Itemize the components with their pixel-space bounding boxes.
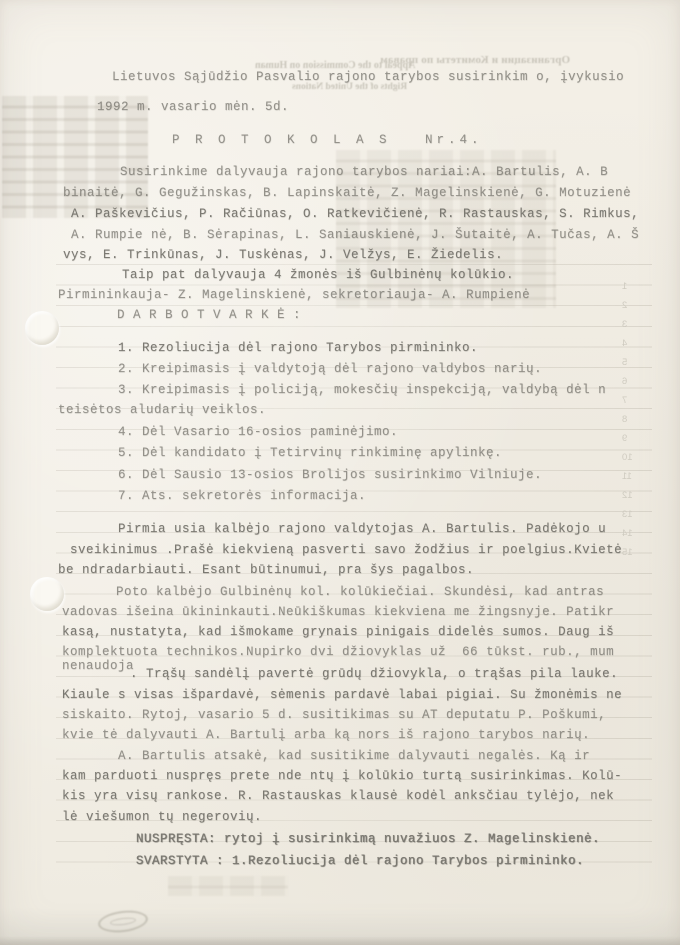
typed-line: lė viešumon tų negerovių. — [62, 810, 262, 824]
typed-line: nenaudoja — [62, 659, 134, 673]
typed-line: Pirmininkauja- Z. Magelinskienė, sekreto… — [58, 288, 530, 302]
typed-line: Lietuvos Sąjūdžio Pasvalio rajono tarybo… — [112, 70, 624, 84]
typed-line: 2. Kreipimasis į valdytoją dėl rajono va… — [118, 362, 542, 376]
bleedthrough-line-number: 4 — [622, 338, 627, 349]
typed-line: be ndradarbiauti. Esant būtinumui, pra š… — [58, 563, 474, 577]
typed-line: 1992 m. vasario mėn. 5d. — [97, 100, 289, 114]
typed-line: 7. Ats. sekretorės informacija. — [118, 489, 366, 503]
bleedthrough-line-number: 3 — [622, 319, 627, 330]
typed-line: siskaito. Rytoj, vasario 5 d. susitikima… — [62, 708, 606, 722]
bleedthrough-line-number: 8 — [622, 414, 627, 425]
typed-line: A. Rumpie nė, B. Sėrapinas, L. Saniauski… — [71, 228, 639, 242]
typed-line: 5. Dėl kandidato į Tetirvinų rinkiminę a… — [118, 446, 502, 460]
typed-line: vys, E. Trinkūnas, J. Tuskėnas, J. Velžy… — [63, 248, 503, 262]
typed-line: NUSPRĘSTA: rytoj į susirinkimą nuvažiuos… — [136, 832, 600, 846]
typed-line: binaitė, G. Gegužinskas, B. Lapinskaitė,… — [63, 186, 631, 200]
typed-line: kis yra visų rankose. R. Rastauskas klau… — [62, 789, 614, 803]
typed-line: kasą, nustatyta, kad išmokame grynais pi… — [62, 625, 614, 639]
typed-line: D A R B O T V A R K Ė : — [117, 308, 301, 322]
typed-line: Taip pat dalyvauja 4 žmonės iš Gulbinėnų… — [122, 268, 514, 282]
bleedthrough-text-bottom — [168, 876, 288, 896]
typed-line: sveikinimus .Prašė kiekvieną pasverti sa… — [70, 543, 622, 557]
bleedthrough-line-number: 10 — [622, 452, 633, 463]
punch-hole-top — [25, 311, 59, 345]
typed-line: SVARSTYTA : 1.Rezoliucija dėl rajono Tar… — [136, 854, 584, 868]
typed-line: A. Paškevičius, P. Račiūnas, O. Ratkevič… — [71, 207, 639, 221]
typed-line: Poto kalbėjo Gulbinėnų kol. kolūkiečiai.… — [116, 585, 604, 599]
typed-line: kvie tė dalyvauti A. Bartulį arba ką nor… — [62, 728, 590, 742]
typed-line: vadovas išeina ūkininkauti.Neūkiškumas k… — [62, 605, 614, 619]
bleedthrough-line-number: 11 — [622, 471, 632, 482]
typed-line: 3. Kreipimasis į policiją, mokesčių insp… — [118, 383, 606, 397]
bleedthrough-line-number: 9 — [622, 433, 627, 444]
embossed-stamp — [97, 908, 149, 935]
typed-line: komplektuota technikos.Nupirko dvi džiov… — [62, 645, 614, 659]
bleedthrough-line-number: 15 — [622, 547, 633, 558]
embossed-stamp-inner-ring — [110, 916, 137, 926]
typed-line: Kiaule s visas išpardavė, sėmenis pardav… — [62, 688, 622, 702]
bleedthrough-line-number: 12 — [622, 490, 633, 501]
bleedthrough-line-number: 6 — [622, 376, 627, 387]
typed-line: teisėtos aludarių veiklos. — [58, 403, 266, 417]
typed-line: P R O T O K O L A S Nr.4. — [172, 133, 483, 147]
bleedthrough-line-number: 13 — [622, 509, 633, 520]
punch-hole-bottom — [30, 577, 64, 611]
typed-line: 6. Dėl Sausio 13-osios Brolijos susirink… — [118, 468, 542, 482]
bleedthrough-line-number: 14 — [622, 528, 633, 539]
bleedthrough-line-number: 5 — [622, 357, 627, 368]
scan-bottom-edge — [0, 936, 680, 945]
scanned-document-page: Организации и Комитеты по правам Appeal … — [0, 0, 680, 945]
bleedthrough-line-number: 1 — [622, 281, 627, 292]
typed-line: A. Bartulis atsakė, kad susitikime dalyv… — [118, 749, 590, 763]
typed-line: 4. Dėl Vasario 16-osios paminėjimo. — [118, 425, 398, 439]
typed-line: Susirinkime dalyvauja rajono tarybos nar… — [120, 165, 608, 179]
typed-line: Pirmia usia kalbėjo rajono valdytojas A.… — [118, 522, 606, 536]
bleedthrough-line-number: 2 — [622, 300, 627, 311]
typed-line: . Trąšų sandėlį pavertė grūdų džiovykla,… — [130, 667, 618, 681]
typed-line: 1. Rezoliucija dėl rajono Tarybos pirmin… — [118, 341, 478, 355]
typed-line: kam parduoti nuspręs prete nde ntų į kol… — [62, 769, 622, 783]
bleedthrough-line-number: 7 — [622, 395, 627, 406]
